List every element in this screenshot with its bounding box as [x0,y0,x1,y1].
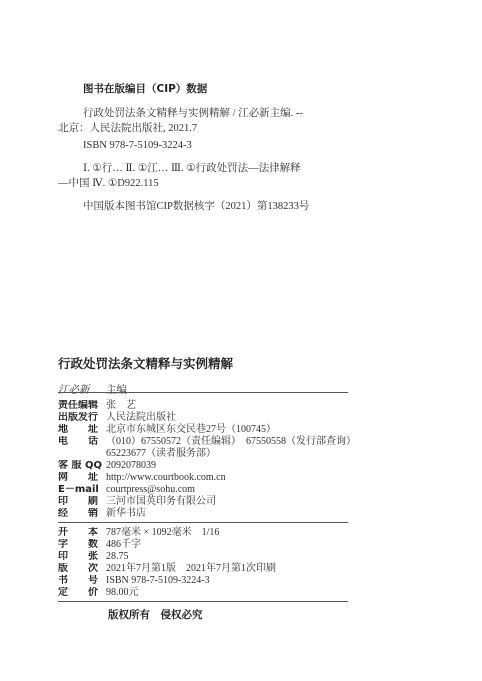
info-value: 人民法院出版社 [106,412,176,424]
cip-line: 行政处罚法条文精释与实例精解 / 江必新主编. -- [58,106,348,121]
info-label: 经 销 [58,508,106,520]
info-label: 出版发行 [58,412,106,424]
divider-rule-top [58,392,348,393]
metric-row-wordcount: 字 数 486千字 [58,539,348,551]
metric-row-price: 定 价 98.00元 [58,587,348,599]
title-block: 行政处罚法条文精释与实例精解 江必新 主编 [58,356,348,397]
metric-value: ISBN 978-7-5109-3224-3 [106,575,210,587]
info-row-phone: 电 话 （010）67550572（责任编辑） 67550558（发行部查询） [58,436,348,448]
info-value: 北京市东城区东交民巷27号（100745） [106,424,276,436]
info-value: 2092078039 [106,460,156,472]
info-label: 电 话 [58,436,106,448]
author-role: 主编 [106,384,127,397]
cip-line: 北京：人民法院出版社, 2021.7 [58,121,348,136]
cip-block: 图书在版编目（CIP）数据 行政处罚法条文精释与实例精解 / 江必新主编. --… [58,82,348,214]
author-line: 江必新 主编 [58,384,348,397]
info-value: （010）67550572（责任编辑） 67550558（发行部查询） [106,436,356,448]
metric-label: 版 次 [58,563,106,575]
metric-label: 定 价 [58,587,106,599]
info-row-website: 网 址 http://www.courtbook.com.cn [58,472,348,484]
info-value: 65223677（读者服务部） [106,448,216,460]
info-row-printer: 印 刷 三河市国英印务有限公司 [58,496,348,508]
cip-line-isbn: ISBN 978-7-5109-3224-3 [58,138,348,153]
metric-label: 开 本 [58,527,106,539]
info-value: 张 艺 [106,400,136,412]
metric-value: 28.75 [106,551,129,563]
info-label: E－mail [58,484,106,496]
info-label: 印 刷 [58,496,106,508]
book-title: 行政处罚法条文精释与实例精解 [58,356,348,371]
metric-row-isbn: 书 号 ISBN 978-7-5109-3224-3 [58,575,348,587]
metric-row-sheets: 印 张 28.75 [58,551,348,563]
copyright-notice: 版权所有 侵权必究 [108,609,203,622]
edition-metrics: 开 本 787毫米 × 1092毫米 1/16 字 数 486千字 印 张 28… [58,527,348,599]
metric-row-format: 开 本 787毫米 × 1092毫米 1/16 [58,527,348,539]
cip-line-record-number: 中国版本图书馆CIP数据核字（2021）第138233号 [58,199,348,214]
info-row-editor: 责任编辑 张 艺 [58,400,348,412]
info-value: courtpress@sohu.com [106,484,195,496]
info-row-qq: 客 服 QQ 2092078039 [58,460,348,472]
metric-label: 字 数 [58,539,106,551]
info-label: 客 服 QQ [58,460,106,472]
cip-line-classification: Ⅰ. ①行… Ⅱ. ①江… Ⅲ. ①行政处罚法—法律解释 [58,161,348,176]
book-copyright-page: 图书在版编目（CIP）数据 行政处罚法条文精释与实例精解 / 江必新主编. --… [0,0,482,681]
info-row-phone-cont: 65223677（读者服务部） [58,448,348,460]
info-label: 地 址 [58,424,106,436]
metric-value: 98.00元 [106,587,139,599]
info-value: http://www.courtbook.com.cn [106,472,226,484]
info-label: 网 址 [58,472,106,484]
info-row-publisher: 出版发行 人民法院出版社 [58,412,348,424]
metric-value: 2021年7月第1版 2021年7月第1次印刷 [106,563,276,575]
metric-row-edition: 版 次 2021年7月第1版 2021年7月第1次印刷 [58,563,348,575]
page-content: 图书在版编目（CIP）数据 行政处罚法条文精释与实例精解 / 江必新主编. --… [58,0,348,681]
info-row-distributor: 经 销 新华书店 [58,508,348,520]
cip-line-classification-cont: —中国 Ⅳ. ①D922.115 [58,176,348,191]
metric-value: 486千字 [106,539,141,551]
author-name: 江必新 [58,384,106,397]
info-value: 三河市国英印务有限公司 [106,496,216,508]
info-value: 新华书店 [106,508,146,520]
cip-heading: 图书在版编目（CIP）数据 [58,82,348,97]
metric-label: 书 号 [58,575,106,587]
info-label: 责任编辑 [58,400,106,412]
metric-label: 印 张 [58,551,106,563]
info-row-address: 地 址 北京市东城区东交民巷27号（100745） [58,424,348,436]
metric-value: 787毫米 × 1092毫米 1/16 [106,527,219,539]
divider-rule-bottom [58,601,348,602]
info-row-email: E－mail courtpress@sohu.com [58,484,348,496]
divider-rule-middle [58,522,348,523]
publication-info: 责任编辑 张 艺 出版发行 人民法院出版社 地 址 北京市东城区东交民巷27号（… [58,400,348,520]
